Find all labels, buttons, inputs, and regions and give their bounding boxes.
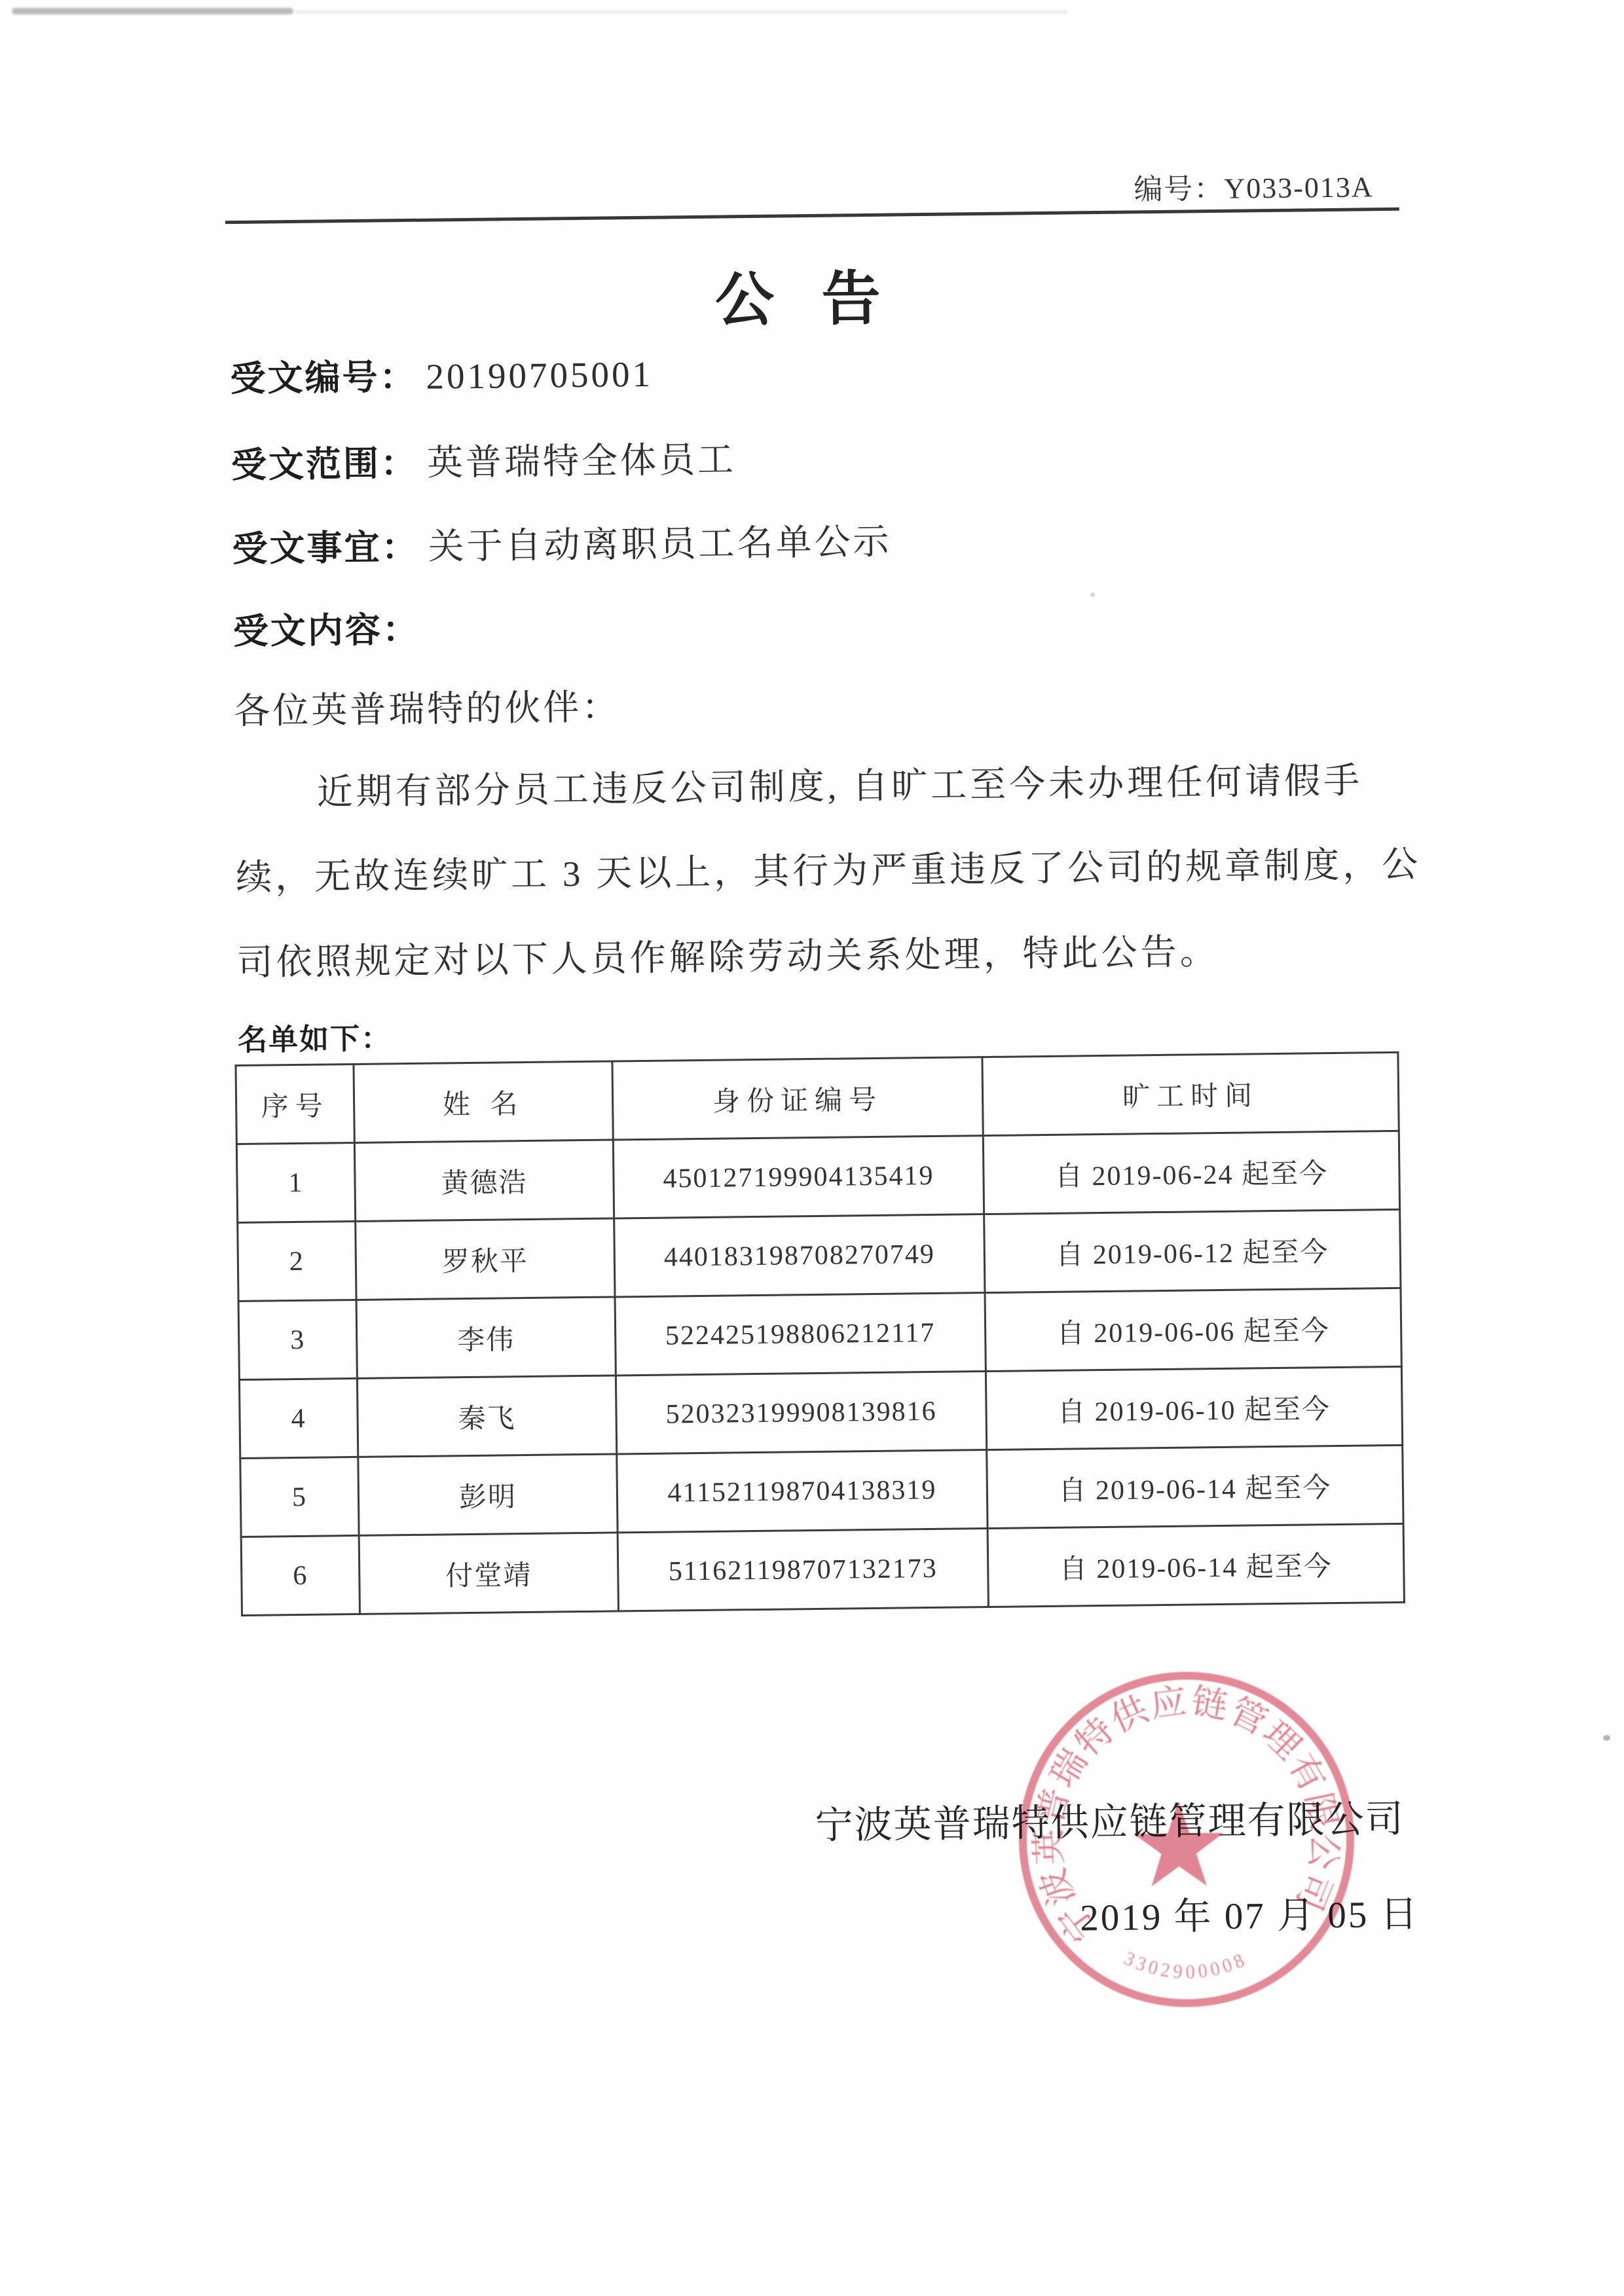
company-seal: 宁波英普瑞特供应链管理有限公司 3302900008708 xyxy=(988,1641,1386,2038)
table-header-index: 序号 xyxy=(236,1064,354,1144)
field-row-content: 受文内容： xyxy=(232,602,429,654)
header-rule xyxy=(225,208,1399,224)
table-row: 1 黄德浩 450127199904135419 自 2019-06-24 起至… xyxy=(236,1131,1399,1222)
table-header-name: 姓 名 xyxy=(354,1061,613,1142)
body-line: 近期有部分员工违反公司制度, 自旷工至今未办理任何请假手 xyxy=(316,751,1363,814)
cell-id: 411521198704138319 xyxy=(617,1450,987,1533)
scanned-announcement-page: 编号：Y033-013A 公 告 受文编号：20190705001 受文范围：英… xyxy=(0,0,1624,2296)
table-row: 6 付堂靖 511621198707132173 自 2019-06-14 起至… xyxy=(241,1523,1404,1615)
cell-name: 彭明 xyxy=(358,1454,618,1535)
field-label: 受文范围： xyxy=(231,444,418,485)
cell-id: 522425198806212117 xyxy=(615,1293,986,1376)
table-header-row: 序号 姓 名 身份证编号 旷工时间 xyxy=(236,1052,1399,1144)
body-line: 司依照规定对以下人员作解除劳动关系处理，特此公告。 xyxy=(236,922,1219,985)
cell-time: 自 2019-06-12 起至今 xyxy=(984,1209,1401,1292)
cell-name: 罗秋平 xyxy=(356,1218,615,1300)
cell-name: 付堂靖 xyxy=(359,1533,618,1614)
table-row: 5 彭明 411521198704138319 自 2019-06-14 起至今 xyxy=(240,1445,1403,1537)
field-value: 英普瑞特全体员工 xyxy=(418,439,737,483)
cell-time: 自 2019-06-14 起至今 xyxy=(987,1523,1404,1607)
doc-ref-label: 编号： xyxy=(1134,173,1225,206)
cell-id: 511621198707132173 xyxy=(618,1529,988,1611)
cell-id: 440183198708270749 xyxy=(614,1214,985,1297)
field-value xyxy=(420,610,430,649)
table-header-time: 旷工时间 xyxy=(982,1052,1399,1135)
cell-index: 4 xyxy=(239,1378,358,1458)
page-title: 公 告 xyxy=(3,242,1595,346)
field-label: 受文内容： xyxy=(233,610,420,651)
cell-name: 秦飞 xyxy=(357,1376,616,1457)
cell-time: 自 2019-06-24 起至今 xyxy=(983,1131,1399,1214)
list-intro: 名单如下： xyxy=(238,1014,392,1059)
cell-id: 520323199908139816 xyxy=(616,1372,986,1454)
body-line: 续，无故连续旷工 3 天以上，其行为严重违反了公司的规章制度，公 xyxy=(236,835,1422,900)
table-row: 4 秦飞 520323199908139816 自 2019-06-10 起至今 xyxy=(239,1366,1402,1458)
field-row-doc-number: 受文编号：20190705001 xyxy=(230,346,653,401)
field-label: 受文编号： xyxy=(230,357,417,399)
cell-index: 3 xyxy=(238,1300,357,1379)
doc-ref-value: Y033-013A xyxy=(1224,171,1374,205)
cell-id: 450127199904135419 xyxy=(613,1136,984,1218)
cell-index: 5 xyxy=(240,1457,359,1537)
field-value: 关于自动离职员工名单公示 xyxy=(418,522,892,567)
seal-star xyxy=(1134,1800,1224,1887)
table-header-id: 身份证编号 xyxy=(612,1057,983,1140)
salutation: 各位英普瑞特的伙伴： xyxy=(234,678,621,734)
cell-name: 黄德浩 xyxy=(354,1140,614,1221)
field-row-subject: 受文事宜：关于自动离职员工名单公示 xyxy=(232,513,892,572)
field-row-scope: 受文范围：英普瑞特全体员工 xyxy=(231,430,737,488)
table-row: 3 李伟 522425198806212117 自 2019-06-06 起至今 xyxy=(238,1288,1401,1379)
cell-time: 自 2019-06-10 起至今 xyxy=(986,1366,1402,1449)
field-label: 受文事宜： xyxy=(232,528,419,569)
doc-ref-number: 编号：Y033-013A xyxy=(1134,163,1374,208)
cell-index: 6 xyxy=(241,1535,360,1615)
cell-time: 自 2019-06-14 起至今 xyxy=(987,1445,1403,1528)
document-content: 编号：Y033-013A 公 告 受文编号：20190705001 受文范围：英… xyxy=(0,0,1624,2296)
field-value: 20190705001 xyxy=(416,354,653,397)
cell-name: 李伟 xyxy=(356,1297,616,1378)
cell-time: 自 2019-06-06 起至今 xyxy=(985,1288,1401,1371)
cell-index: 2 xyxy=(238,1221,356,1301)
cell-index: 1 xyxy=(236,1142,355,1222)
absence-table: 序号 姓 名 身份证编号 旷工时间 1 黄德浩 4501271999041354… xyxy=(234,1051,1405,1616)
table-row: 2 罗秋平 440183198708270749 自 2019-06-12 起至… xyxy=(238,1209,1401,1301)
